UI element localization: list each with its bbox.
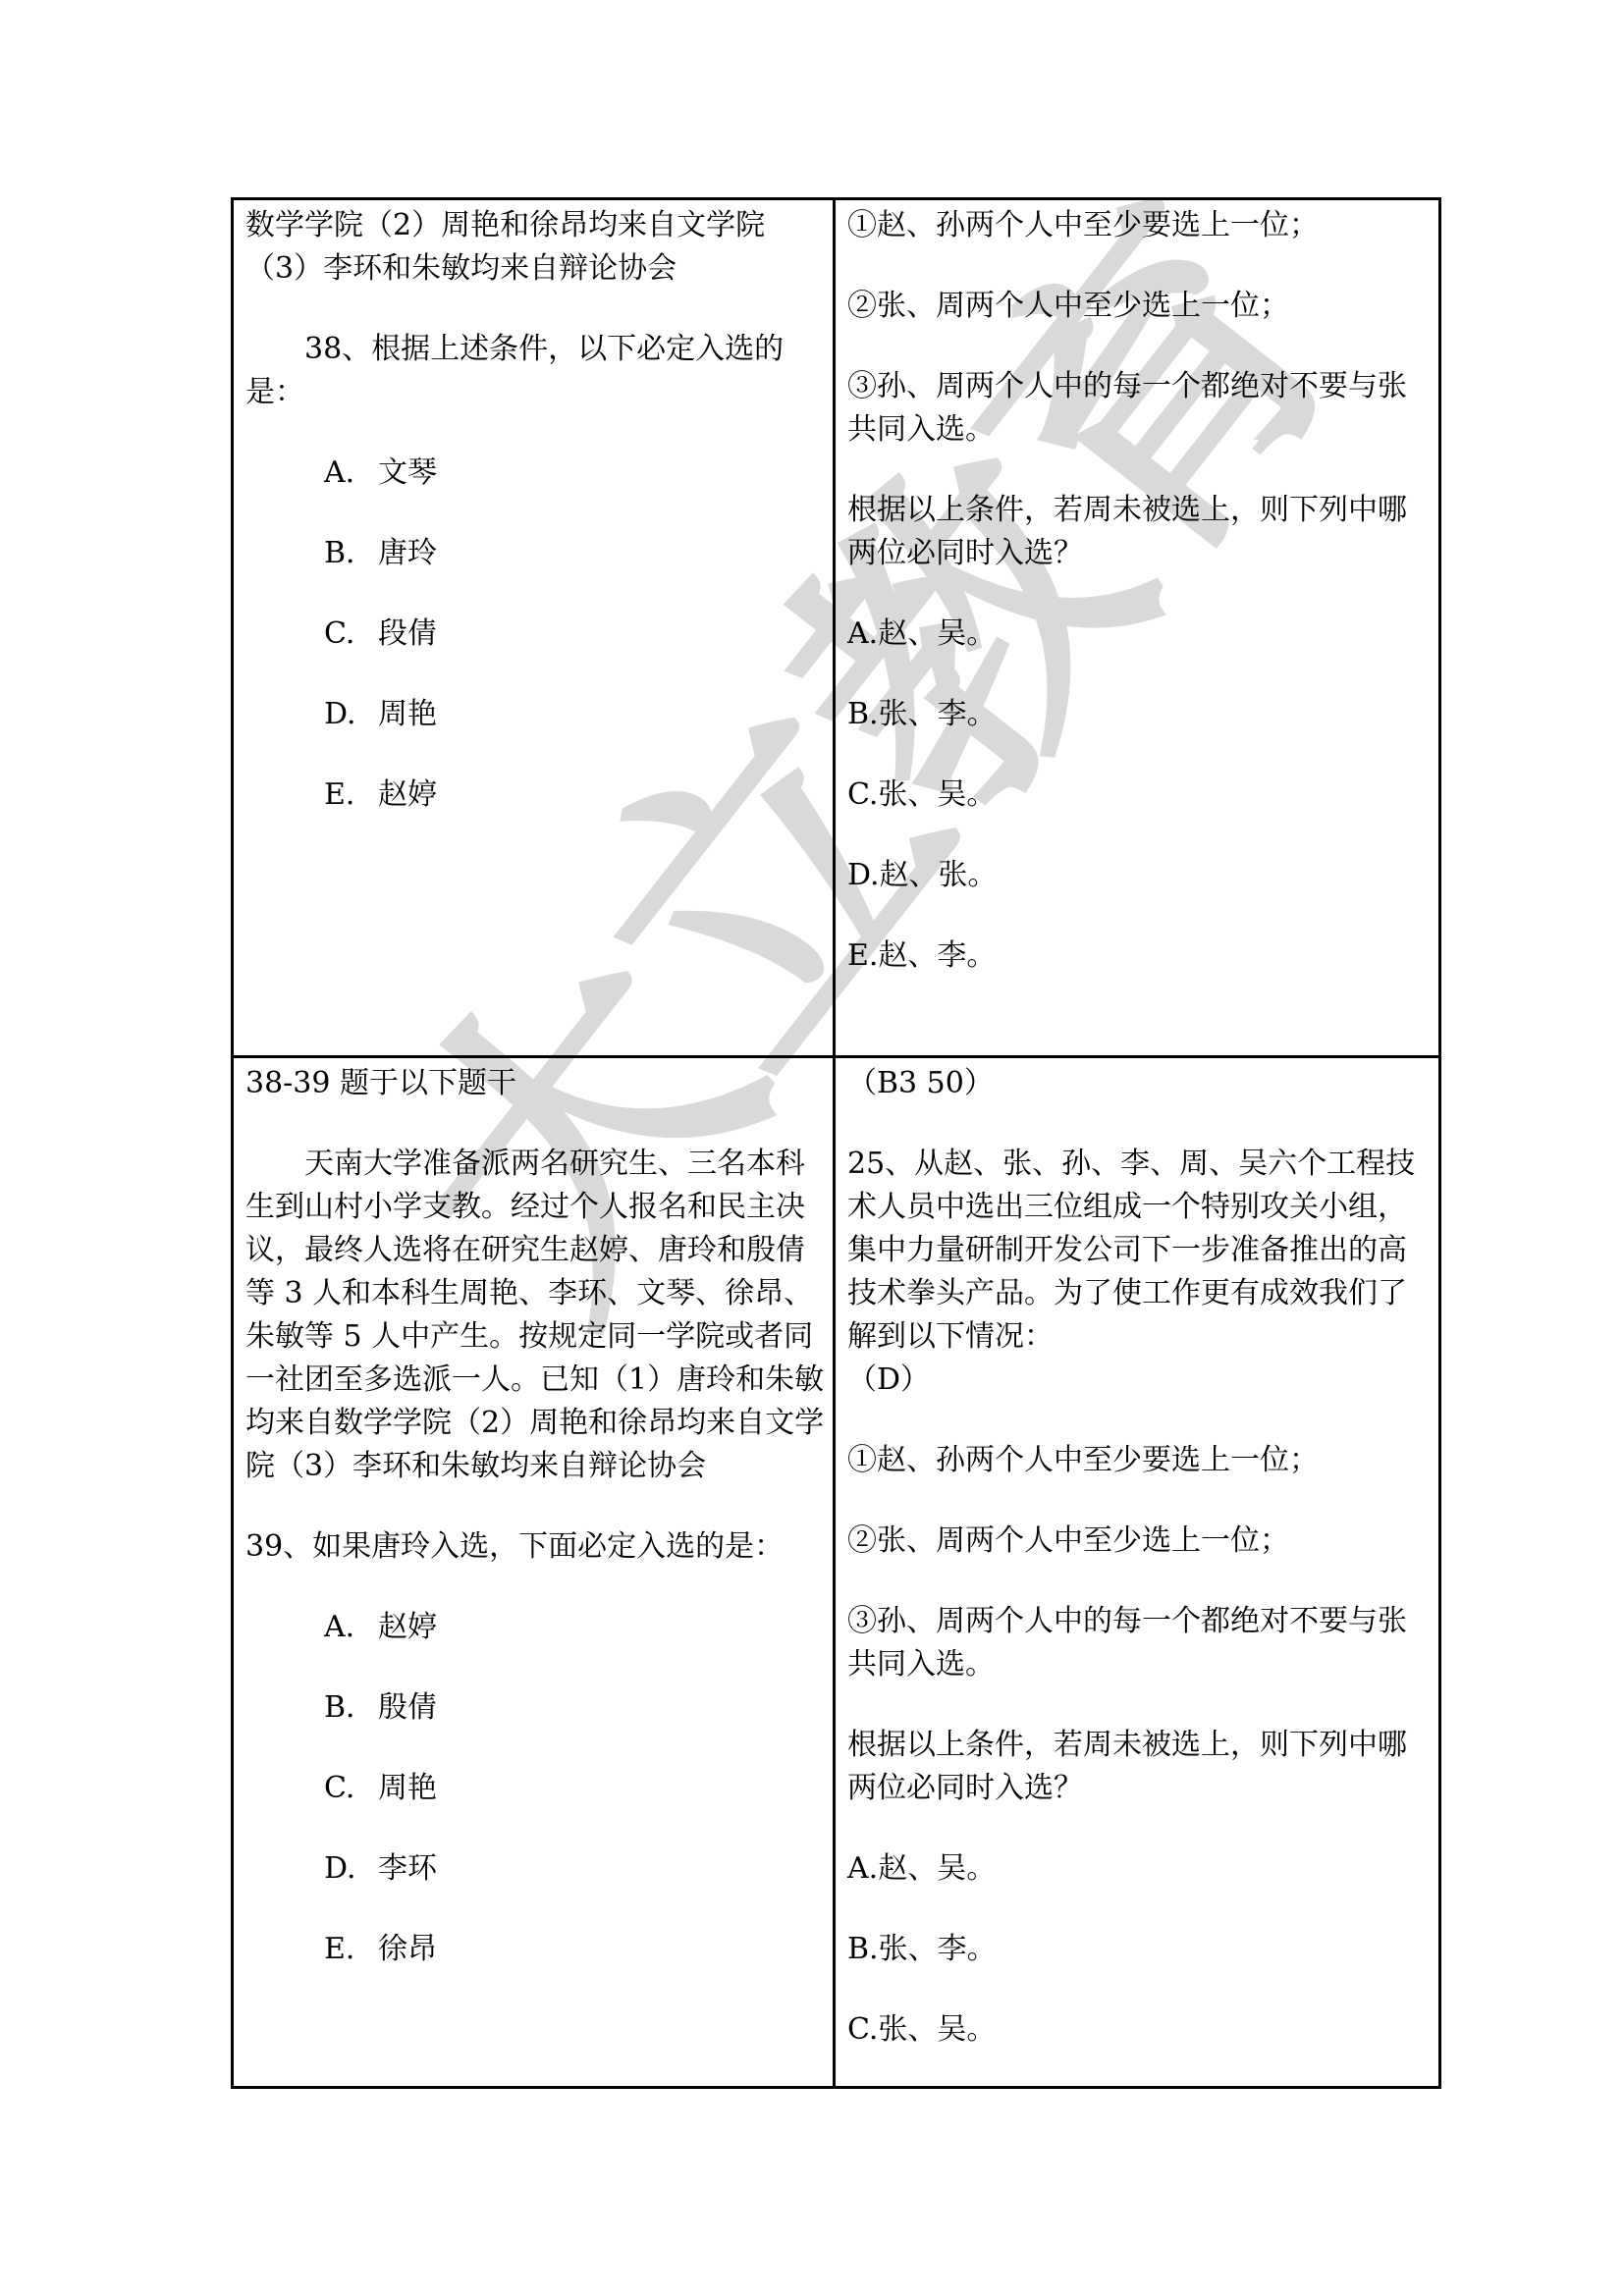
stem-continuation: 数学学院（2）周艳和徐昂均来自文学院（3）李环和朱敏均来自辩论协会 — [245, 204, 825, 291]
question-39-cell: 38-39 题于以下题干 天南大学准备派两名研究生、三名本科生到山村小学支教。经… — [233, 1057, 835, 2088]
condition-2: ②张、周两个人中至少选上一位； — [847, 285, 1431, 328]
condition-1: ①赵、孙两个人中至少要选上一位； — [847, 1439, 1431, 1482]
condition-3: ③孙、周两个人中的每一个都绝对不要与张共同入选。 — [847, 1600, 1431, 1686]
table-row: 数学学院（2）周艳和徐昂均来自文学院（3）李环和朱敏均来自辩论协会 38、根据上… — [233, 199, 1440, 1057]
option-e: E.赵婷 — [245, 774, 825, 817]
question-stem: 天南大学准备派两名研究生、三名本科生到山村小学支教。经过个人报名和民主决议，最终… — [245, 1143, 825, 1488]
option-c: C.张、吴。 — [847, 2008, 1431, 2052]
question-stem: 25、从赵、张、孙、李、周、吴六个工程技术人员中选出三位组成一个特别攻关小组，集… — [847, 1143, 1431, 1359]
option-e: E.赵、李。 — [847, 934, 1431, 978]
question-38-cell: 数学学院（2）周艳和徐昂均来自文学院（3）李环和朱敏均来自辩论协会 38、根据上… — [233, 199, 835, 1057]
section-header: 38-39 题于以下题干 — [245, 1062, 825, 1105]
question-25-continued-cell: ①赵、孙两个人中至少要选上一位； ②张、周两个人中至少选上一位； ③孙、周两个人… — [835, 199, 1440, 1057]
option-b: B.殷倩 — [245, 1686, 825, 1730]
question-25-cell: （B3 50） 25、从赵、张、孙、李、周、吴六个工程技术人员中选出三位组成一个… — [835, 1057, 1440, 2088]
question-text: 根据以上条件，若周未被选上，则下列中哪两位必同时入选？ — [847, 1724, 1431, 1810]
option-c: C.张、吴。 — [847, 774, 1431, 817]
option-d: D.李环 — [245, 1847, 825, 1891]
option-b: B.张、李。 — [847, 693, 1431, 736]
question-text: 38、根据上述条件，以下必定入选的是： — [245, 328, 825, 414]
option-e: E.徐昂 — [245, 1928, 825, 1971]
question-text: 根据以上条件，若周未被选上，则下列中哪两位必同时入选？ — [847, 489, 1431, 575]
table-row: 38-39 题于以下题干 天南大学准备派两名研究生、三名本科生到山村小学支教。经… — [233, 1057, 1440, 2088]
option-d: D.周艳 — [245, 693, 825, 736]
condition-1: ①赵、孙两个人中至少要选上一位； — [847, 204, 1431, 247]
answer-tag: （D） — [847, 1359, 1431, 1402]
option-a: A.赵、吴。 — [847, 1847, 1431, 1891]
option-b: B.唐玲 — [245, 532, 825, 575]
option-a: A.赵婷 — [245, 1606, 825, 1649]
condition-2: ②张、周两个人中至少选上一位； — [847, 1520, 1431, 1563]
condition-3: ③孙、周两个人中的每一个都绝对不要与张共同入选。 — [847, 365, 1431, 452]
option-a: A.赵、吴。 — [847, 613, 1431, 656]
option-d: D.赵、张。 — [847, 854, 1431, 897]
question-text: 39、如果唐玲入选，下面必定入选的是： — [245, 1525, 825, 1569]
source-tag: （B3 50） — [847, 1062, 1431, 1105]
option-b: B.张、李。 — [847, 1928, 1431, 1971]
option-c: C.段倩 — [245, 613, 825, 656]
question-table: 数学学院（2）周艳和徐昂均来自文学院（3）李环和朱敏均来自辩论协会 38、根据上… — [231, 197, 1441, 2089]
option-c: C.周艳 — [245, 1767, 825, 1810]
option-a: A.文琴 — [245, 452, 825, 495]
